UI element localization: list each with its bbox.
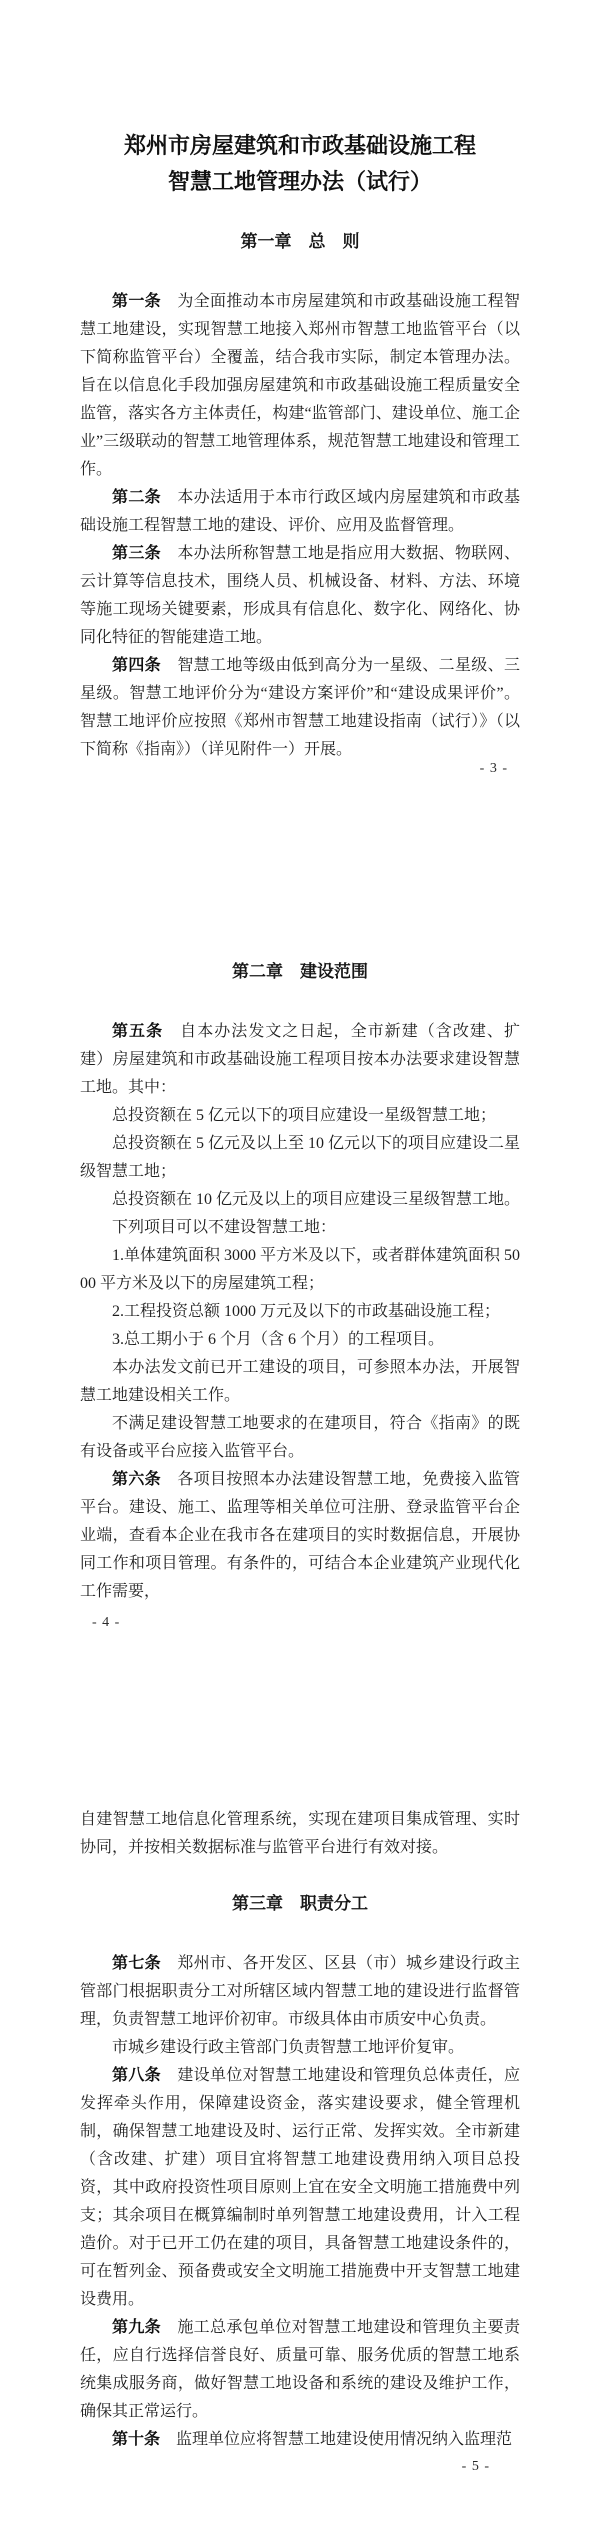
document-page: 郑州市房屋建筑和市政基础设施工程智慧工地管理办法（试行）第一章 总 则第一条 为… bbox=[0, 0, 600, 848]
article-text: 2.工程投资总额 1000 万元及以下的市政基础设施工程； bbox=[112, 1303, 500, 1320]
article-paragraph: 总投资额在 10 亿元及以上的项目应建设三星级智慧工地。 bbox=[80, 1186, 520, 1214]
article-paragraph: 不满足建设智慧工地要求的在建项目，符合《指南》的既有设备或平台应接入监管平台。 bbox=[80, 1410, 520, 1466]
article-number: 第九条 bbox=[112, 2319, 161, 2336]
article-paragraph: 总投资额在 5 亿元以下的项目应建设一星级智慧工地； bbox=[80, 1102, 520, 1130]
article-number: 第三条 bbox=[112, 545, 161, 562]
article-text: 总投资额在 10 亿元及以上的项目应建设三星级智慧工地。 bbox=[112, 1191, 520, 1208]
article-paragraph: 市城乡建设行政主管部门负责智慧工地评价复审。 bbox=[80, 2034, 520, 2062]
article-text: 总投资额在 5 亿元以下的项目应建设一星级智慧工地； bbox=[112, 1107, 496, 1124]
article-number: 第二条 bbox=[112, 489, 161, 506]
article-number: 第六条 bbox=[112, 1471, 161, 1488]
article-paragraph: 下列项目可以不建设智慧工地： bbox=[80, 1214, 520, 1242]
article-paragraph: 2.工程投资总额 1000 万元及以下的市政基础设施工程； bbox=[80, 1298, 520, 1326]
document-page: 第二章 建设范围第五条 自本办法发文之日起，全市新建（含改建、扩建）房屋建筑和市… bbox=[0, 848, 600, 1696]
article-paragraph: 总投资额在 5 亿元及以上至 10 亿元以下的项目应建设二星级智慧工地； bbox=[80, 1130, 520, 1186]
article-number: 第四条 bbox=[112, 657, 161, 674]
article-paragraph: 1.单体建筑面积 3000 平方米及以下，或者群体建筑面积 5000 平方米及以… bbox=[80, 1242, 520, 1298]
article-paragraph: 第三条 本办法所称智慧工地是指应用大数据、物联网、云计算等信息技术，围绕人员、机… bbox=[80, 540, 520, 652]
article-text: 本办法发文前已开工建设的项目，可参照本办法，开展智慧工地建设相关工作。 bbox=[80, 1359, 520, 1404]
article-paragraph: 第二条 本办法适用于本市行政区域内房屋建筑和市政基础设施工程智慧工地的建设、评价… bbox=[80, 484, 520, 540]
document-page: 自建智慧工地信息化管理系统，实现在建项目集成管理、实时协同，并按相关数据标准与监… bbox=[0, 1696, 600, 2544]
chapter-heading: 第一章 总 则 bbox=[80, 230, 520, 254]
article-text: 1.单体建筑面积 3000 平方米及以下，或者群体建筑面积 5000 平方米及以… bbox=[80, 1247, 520, 1292]
article-text: 下列项目可以不建设智慧工地： bbox=[112, 1219, 336, 1236]
article-paragraph: 第七条 郑州市、各开发区、区县（市）城乡建设行政主管部门根据职责分工对所辖区域内… bbox=[80, 1950, 520, 2034]
article-text: 3.总工期小于 6 个月（含 6 个月）的工程项目。 bbox=[112, 1331, 444, 1348]
page-content: 第二章 建设范围第五条 自本办法发文之日起，全市新建（含改建、扩建）房屋建筑和市… bbox=[80, 960, 520, 1606]
document-title-line: 郑州市房屋建筑和市政基础设施工程 bbox=[80, 128, 520, 164]
article-number: 第八条 bbox=[112, 2067, 161, 2084]
article-text: 为全面推动本市房屋建筑和市政基础设施工程智慧工地建设，实现智慧工地接入郑州市智慧… bbox=[80, 293, 520, 478]
page-number: - 5 - bbox=[462, 2458, 490, 2476]
article-paragraph: 第九条 施工总承包单位对智慧工地建设和管理负主要责任，应自行选择信誉良好、质量可… bbox=[80, 2314, 520, 2426]
article-paragraph: 第八条 建设单位对智慧工地建设和管理负总体责任，应发挥牵头作用，保障建设资金，落… bbox=[80, 2062, 520, 2314]
article-number: 第七条 bbox=[112, 1955, 161, 1972]
article-text: 市城乡建设行政主管部门负责智慧工地评价复审。 bbox=[112, 2039, 464, 2056]
document-title-line: 智慧工地管理办法（试行） bbox=[80, 164, 520, 200]
article-text: 总投资额在 5 亿元及以上至 10 亿元以下的项目应建设二星级智慧工地； bbox=[80, 1135, 520, 1180]
article-number: 第五条 bbox=[112, 1023, 163, 1040]
article-text: 各项目按照本办法建设智慧工地，免费接入监管平台。建设、施工、监理等相关单位可注册… bbox=[80, 1471, 520, 1600]
article-paragraph: 第五条 自本办法发文之日起，全市新建（含改建、扩建）房屋建筑和市政基础设施工程项… bbox=[80, 1018, 520, 1102]
article-text: 建设单位对智慧工地建设和管理负总体责任，应发挥牵头作用，保障建设资金，落实建设要… bbox=[80, 2067, 520, 2308]
page-number: - 4 - bbox=[92, 1614, 120, 1632]
article-text: 不满足建设智慧工地要求的在建项目，符合《指南》的既有设备或平台应接入监管平台。 bbox=[80, 1415, 520, 1460]
article-text: 监理单位应将智慧工地建设使用情况纳入监理范 bbox=[176, 2431, 512, 2448]
article-paragraph: 本办法发文前已开工建设的项目，可参照本办法，开展智慧工地建设相关工作。 bbox=[80, 1354, 520, 1410]
article-paragraph: 第十条 监理单位应将智慧工地建设使用情况纳入监理范 bbox=[80, 2426, 520, 2454]
article-paragraph: 3.总工期小于 6 个月（含 6 个月）的工程项目。 bbox=[80, 1326, 520, 1354]
chapter-heading: 第二章 建设范围 bbox=[80, 960, 520, 984]
article-paragraph: 自建智慧工地信息化管理系统，实现在建项目集成管理、实时协同，并按相关数据标准与监… bbox=[80, 1806, 520, 1862]
chapter-heading: 第三章 职责分工 bbox=[80, 1892, 520, 1916]
page-content: 自建智慧工地信息化管理系统，实现在建项目集成管理、实时协同，并按相关数据标准与监… bbox=[80, 1806, 520, 2454]
article-paragraph: 第四条 智慧工地等级由低到高分为一星级、二星级、三星级。智慧工地评价分为“建设方… bbox=[80, 652, 520, 764]
article-number: 第十条 bbox=[112, 2431, 160, 2448]
document-scan: 郑州市房屋建筑和市政基础设施工程智慧工地管理办法（试行）第一章 总 则第一条 为… bbox=[0, 0, 600, 2544]
article-paragraph: 第一条 为全面推动本市房屋建筑和市政基础设施工程智慧工地建设，实现智慧工地接入郑… bbox=[80, 288, 520, 484]
article-number: 第一条 bbox=[112, 293, 161, 310]
document-title: 郑州市房屋建筑和市政基础设施工程智慧工地管理办法（试行） bbox=[80, 128, 520, 200]
article-paragraph: 第六条 各项目按照本办法建设智慧工地，免费接入监管平台。建设、施工、监理等相关单… bbox=[80, 1466, 520, 1606]
page-content: 郑州市房屋建筑和市政基础设施工程智慧工地管理办法（试行）第一章 总 则第一条 为… bbox=[80, 128, 520, 764]
article-text: 自建智慧工地信息化管理系统，实现在建项目集成管理、实时协同，并按相关数据标准与监… bbox=[80, 1811, 520, 1856]
page-number: - 3 - bbox=[480, 760, 508, 778]
